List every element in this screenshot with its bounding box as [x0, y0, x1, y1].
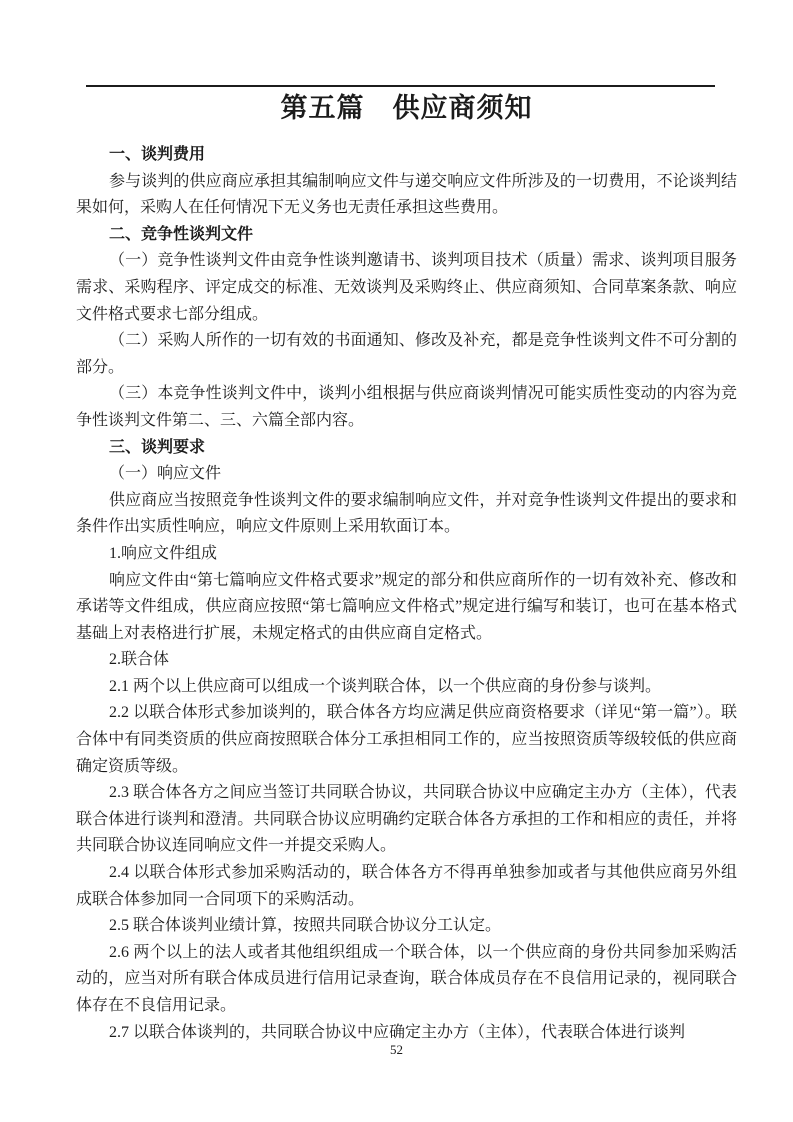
header-rule: [86, 85, 715, 87]
paragraph: 响应文件由“第七篇响应文件格式要求”规定的部分和供应商所作的一切有效补充、修改和…: [76, 568, 737, 648]
paragraph: 2.4 以联合体形式参加采购活动的，联合体各方不得再单独参加或者与其他供应商另外…: [76, 860, 737, 913]
section-heading: 二、竞争性谈判文件: [76, 222, 737, 249]
paragraph: 1.响应文件组成: [76, 541, 737, 568]
paragraph: 供应商应当按照竞争性谈判文件的要求编制响应文件，并对竞争性谈判文件提出的要求和条…: [76, 488, 737, 541]
paragraph: 2.6 两个以上的法人或者其他组织组成一个联合体，以一个供应商的身份共同参加采购…: [76, 940, 737, 1020]
paragraph: 参与谈判的供应商应承担其编制响应文件与递交响应文件所涉及的一切费用，不论谈判结果…: [76, 169, 737, 222]
paragraph: 2.1 两个以上供应商可以组成一个谈判联合体，以一个供应商的身份参与谈判。: [76, 674, 737, 701]
paragraph: （二）采购人所作的一切有效的书面通知、修改及补充，都是竞争性谈判文件不可分割的部…: [76, 328, 737, 381]
document-page: 第五篇 供应商须知 一、谈判费用参与谈判的供应商应承担其编制响应文件与递交响应文…: [0, 0, 793, 1122]
paragraph: 2.3 联合体各方之间应当签订共同联合协议，共同联合协议中应确定主办方（主体），…: [76, 780, 737, 860]
section-heading: 三、谈判要求: [76, 435, 737, 462]
page-footer: 52: [0, 1041, 793, 1059]
paragraph: 2.联合体: [76, 647, 737, 674]
paragraph: （三）本竞争性谈判文件中，谈判小组根据与供应商谈判情况可能实质性变动的内容为竞争…: [76, 381, 737, 434]
document-body: 一、谈判费用参与谈判的供应商应承担其编制响应文件与递交响应文件所涉及的一切费用，…: [76, 142, 737, 1046]
page-number: 52: [390, 1042, 403, 1057]
paragraph: （一）竞争性谈判文件由竞争性谈判邀请书、谈判项目技术（质量）需求、谈判项目服务需…: [76, 248, 737, 328]
document-title: 第五篇 供应商须知: [76, 89, 737, 127]
section-heading: 一、谈判费用: [76, 142, 737, 169]
paragraph: 2.5 联合体谈判业绩计算，按照共同联合协议分工认定。: [76, 913, 737, 940]
paragraph: 2.2 以联合体形式参加谈判的，联合体各方均应满足供应商资格要求（详见“第一篇”…: [76, 700, 737, 780]
paragraph: （一）响应文件: [76, 461, 737, 488]
